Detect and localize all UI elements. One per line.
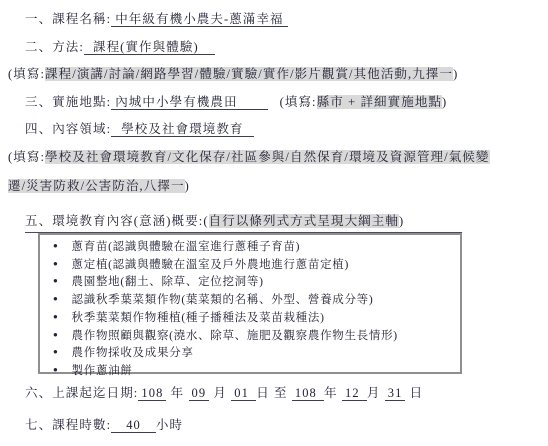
bullet-icon: ● xyxy=(53,273,59,290)
method-row: 二、方法:課程(實作與體驗) xyxy=(25,40,215,55)
end-month: 12 xyxy=(342,386,367,401)
day-to-text: 日 至 xyxy=(256,386,292,400)
outline-item: ●蔥定植(認識與體驗在溫室及戶外農地進行蔥苗定植) xyxy=(53,256,454,274)
domain-note-suffix: ) xyxy=(185,179,190,193)
location-note-prefix: (填寫: xyxy=(280,95,317,109)
domain-fill-note-line1: (填寫:學校及社會環境教育/文化保存/社區參與/自然保育/環境及資源管理/氣候變 xyxy=(8,150,490,165)
location-label: 三、實施地點: xyxy=(25,95,111,109)
method-label: 二、方法: xyxy=(25,40,84,54)
date-range-row: 六、上課起迄日期:108 年 09 月 01 日 至 108 年 12 月 31… xyxy=(25,386,423,401)
outline-item-text: 認識秋季葉菜類作物(葉菜類的名稱、外型、營養成分等) xyxy=(72,294,374,306)
method-note-prefix: (填寫: xyxy=(8,67,45,81)
domain-fill-note-line2: 遷/災害防救/公害防治,八擇一) xyxy=(8,179,190,194)
end-year: 108 xyxy=(292,386,324,401)
summary-paren-close: ) xyxy=(399,214,404,228)
summary-paren-open: ( xyxy=(203,214,208,228)
year-unit: 年 xyxy=(166,386,188,400)
location-row: 三、實施地點:內城中小學有機農田(填寫:縣市 + 詳細實施地點) xyxy=(25,95,447,110)
course-name-value: 中年級有機小農夫-蔥滿幸福 xyxy=(111,12,287,27)
summary-instruction: 自行以條列式方式呈現大綱主軸 xyxy=(209,214,399,228)
course-plan-document: { "colors": { "text": "#232337", "highli… xyxy=(0,0,548,446)
end-day: 31 xyxy=(385,386,406,401)
outline-item-text: 農作物採收及成果分享 xyxy=(72,347,194,359)
method-value: 課程(實作與體驗) xyxy=(84,40,215,55)
start-month: 09 xyxy=(189,386,210,401)
summary-label: 五、環境教育內容(意涵)概要: xyxy=(25,214,203,228)
course-hours-value: 40 xyxy=(111,418,156,433)
course-name-label: 一、課程名稱: xyxy=(25,12,111,26)
outline-item: ●蔥育苗(認識與體驗在溫室進行蔥種子育苗) xyxy=(53,238,454,256)
summary-row: 五、環境教育內容(意涵)概要:(自行以條列式方式呈現大綱主軸) xyxy=(25,214,462,233)
bullet-icon: ● xyxy=(53,238,59,255)
month-unit: 月 xyxy=(209,386,231,400)
outline-item-text: 製作蔥油餅 xyxy=(72,365,133,377)
domain-note-options-line2: 遷/災害防救/公害防治,八擇一 xyxy=(8,179,185,193)
location-note-suffix: ) xyxy=(442,95,447,109)
domain-note-options-line1: 學校及社會環境教育/文化保存/社區參與/自然保育/環境及資源管理/氣候變 xyxy=(45,150,489,164)
bullet-icon: ● xyxy=(53,362,59,379)
day-unit: 日 xyxy=(405,386,423,400)
outline-item: ●農作物採收及成果分享 xyxy=(53,344,454,362)
bullet-icon: ● xyxy=(53,344,59,361)
course-name-row: 一、課程名稱:中年級有機小農夫-蔥滿幸福 xyxy=(25,12,288,27)
outline-item: ●秋季葉菜類作物種植(種子播種法及菜苗栽種法) xyxy=(53,309,454,327)
outline-list: ●蔥育苗(認識與體驗在溫室進行蔥種子育苗) ●蔥定植(認識與體驗在溫室及戶外農地… xyxy=(53,238,454,380)
outline-item: ●農作物照顧與觀察(澆水、除草、施肥及觀察農作物生長情形) xyxy=(53,327,454,345)
location-note-options: 縣市 + 詳細實施地點 xyxy=(317,95,442,109)
month-unit: 月 xyxy=(367,386,385,400)
bullet-icon: ● xyxy=(53,291,59,308)
method-note-options: 課程/演講/討論/網路學習/體驗/實驗/實作/影片觀賞/其他活動,九擇一 xyxy=(45,67,453,81)
outline-item: ●認識秋季葉菜類作物(葉菜類的名稱、外型、營養成分等) xyxy=(53,291,454,309)
outline-box: ●蔥育苗(認識與體驗在溫室進行蔥種子育苗) ●蔥定植(認識與體驗在溫室及戶外農地… xyxy=(38,233,462,374)
outline-item: ●製作蔥油餅 xyxy=(53,362,454,380)
content-domain-label: 四、內容領域: xyxy=(25,122,111,136)
outline-item-text: 秋季葉菜類作物種植(種子播種法及菜苗栽種法) xyxy=(72,312,325,324)
content-domain-value: 學校及社會環境教育 xyxy=(111,122,253,137)
date-range-label: 六、上課起迄日期: xyxy=(25,386,138,400)
course-hours-label: 七、課程時數: xyxy=(25,418,111,432)
start-year: 108 xyxy=(138,386,166,401)
bullet-icon: ● xyxy=(53,327,59,344)
location-value: 內城中小學有機農田 xyxy=(111,95,267,110)
outline-item-text: 蔥育苗(認識與體驗在溫室進行蔥種子育苗) xyxy=(72,241,301,253)
bullet-icon: ● xyxy=(53,309,59,326)
outline-item: ●農園整地(翻土、除草、定位挖洞等) xyxy=(53,273,454,291)
domain-note-prefix: (填寫: xyxy=(8,150,45,164)
method-note-suffix: ) xyxy=(453,67,458,81)
outline-item-text: 蔥定植(認識與體驗在溫室及戶外農地進行蔥苗定植) xyxy=(72,259,349,271)
course-hours-unit: 小時 xyxy=(156,418,183,432)
bullet-icon: ● xyxy=(53,256,59,273)
start-day: 01 xyxy=(231,386,256,401)
content-domain-row: 四、內容領域:學校及社會環境教育 xyxy=(25,122,254,137)
outline-item-text: 農作物照顧與觀察(澆水、除草、施肥及觀察農作物生長情形) xyxy=(72,330,398,342)
year-unit: 年 xyxy=(324,386,342,400)
course-hours-row: 七、課程時數:40小時 xyxy=(25,418,183,433)
outline-item-text: 農園整地(翻土、除草、定位挖洞等) xyxy=(72,276,264,288)
method-fill-note: (填寫:課程/演講/討論/網路學習/體驗/實驗/實作/影片觀賞/其他活動,九擇一… xyxy=(8,67,458,82)
